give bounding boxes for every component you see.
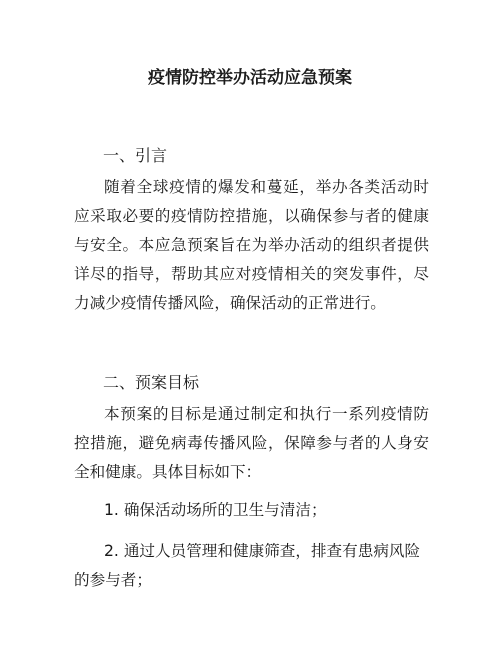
goals-paragraph: 本预案的目标是通过制定和执行一系列疫情防控措施，避免病毒传播风险，保障参与者的人… [74,400,429,487]
section-heading-introduction: 一、引言 [103,143,167,166]
goal-list-item: 2. 通过人员管理和健康筛查，排查有患病风险的参与者； [74,537,429,595]
goal-list-item: 1. 确保活动场所的卫生与清洁； [74,496,429,525]
document-title: 疫情防控举办活动应急预案 [0,63,500,88]
introduction-paragraph: 随着全球疫情的爆发和蔓延，举办各类活动时应采取必要的疫情防控措施，以确保参与者的… [74,173,429,318]
section-heading-goals: 二、预案目标 [103,370,199,393]
